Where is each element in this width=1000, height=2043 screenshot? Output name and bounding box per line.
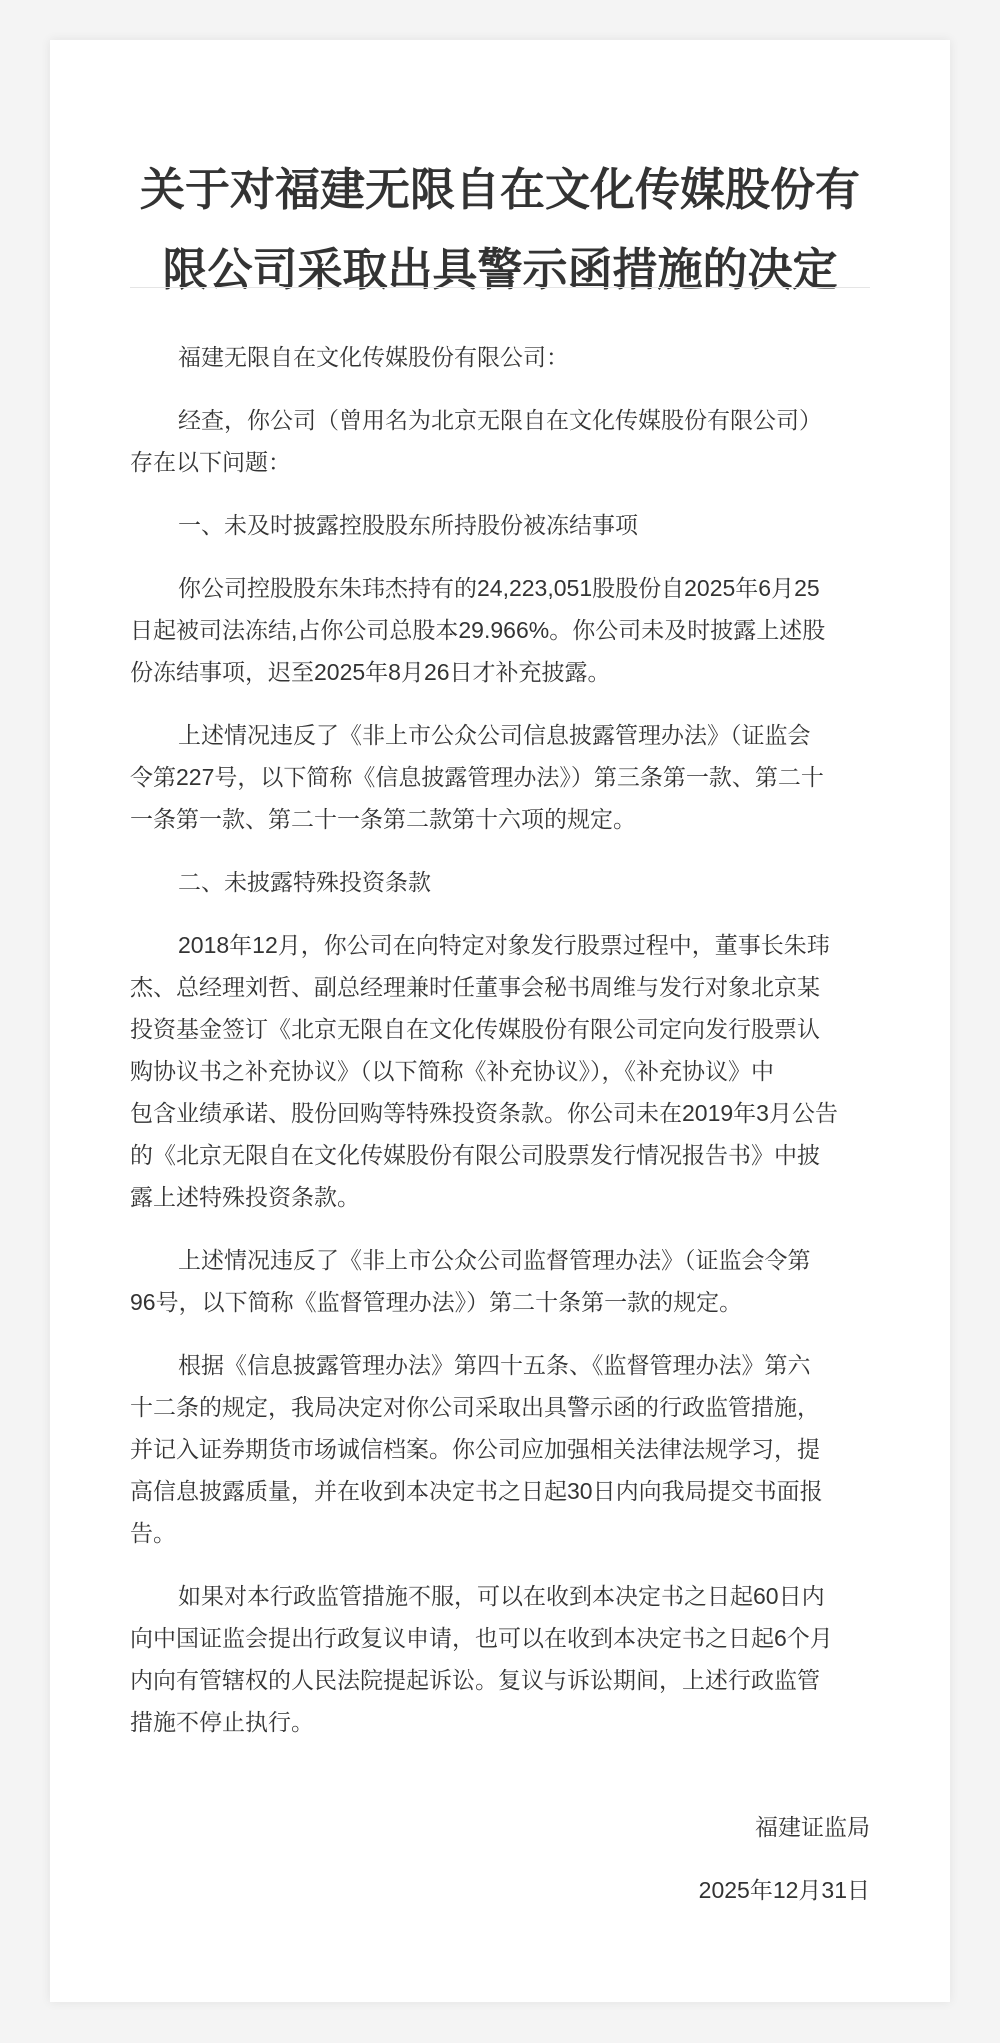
text-line: 露上述特殊投资条款。 <box>130 1176 870 1218</box>
text-line: 内向有管辖权的人民法院提起诉讼。复议与诉讼期间，上述行政监管 <box>130 1659 870 1701</box>
text-line: 一条第一款、第二十一条第二款第十六项的规定。 <box>130 798 870 840</box>
text-line: 96号，以下简称《监督管理办法》）第二十条第一款的规定。 <box>130 1281 870 1323</box>
document-title: 关于对福建无限自在文化传媒股份有 限公司采取出具警示函措施的决定 <box>130 150 870 310</box>
text-line: 高信息披露质量，并在收到本决定书之日起30日内向我局提交书面报 <box>130 1470 870 1512</box>
text-line: 日起被司法冻结,占你公司总股本29.966%。你公司未及时披露上述股 <box>130 609 870 651</box>
salutation-paragraph: 福建无限自在文化传媒股份有限公司： <box>130 336 870 378</box>
issue-date: 2025年12月31日 <box>699 1869 870 1911</box>
text-line: 包含业绩承诺、股份回购等特殊投资条款。你公司未在2019年3月公告 <box>130 1092 870 1134</box>
text-line: 的《北京无限自在文化传媒股份有限公司股票发行情况报告书》中披 <box>130 1134 870 1176</box>
text-line: 购协议书之补充协议》（以下简称《补充协议》），《补充协议》中 <box>130 1050 870 1092</box>
text-line: 上述情况违反了《非上市公众公司信息披露管理办法》（证监会 <box>130 714 870 756</box>
title-divider <box>130 287 870 288</box>
section-heading-2: 二、未披露特殊投资条款 <box>130 861 870 903</box>
body-paragraph: 上述情况违反了《非上市公众公司监督管理办法》（证监会令第 96号，以下简称《监督… <box>130 1239 870 1323</box>
body-paragraph: 你公司控股股东朱玮杰持有的24,223,051股股份自2025年6月25 日起被… <box>130 567 870 693</box>
text-line: 告。 <box>130 1512 870 1554</box>
decision-paragraph: 根据《信息披露管理办法》第四十五条、《监督管理办法》第六 十二条的规定，我局决定… <box>130 1344 870 1554</box>
text-line: 杰、总经理刘哲、副总经理兼时任董事会秘书周维与发行对象北京某 <box>130 966 870 1008</box>
text-line: 措施不停止执行。 <box>130 1701 870 1743</box>
issuer-signature: 福建证监局 <box>755 1806 870 1848</box>
text-line: 投资基金签订《北京无限自在文化传媒股份有限公司定向发行股票认 <box>130 1008 870 1050</box>
text-line: 2018年12月，你公司在向特定对象发行股票过程中，董事长朱玮 <box>130 924 870 966</box>
text-line: 存在以下问题： <box>130 441 870 483</box>
text-line: 二、未披露特殊投资条款 <box>130 861 870 903</box>
intro-paragraph: 经查，你公司（曾用名为北京无限自在文化传媒股份有限公司） 存在以下问题： <box>130 399 870 483</box>
text-line: 福建无限自在文化传媒股份有限公司： <box>130 336 870 378</box>
text-line: 上述情况违反了《非上市公众公司监督管理办法》（证监会令第 <box>130 1239 870 1281</box>
document-body: 福建无限自在文化传媒股份有限公司： 经查，你公司（曾用名为北京无限自在文化传媒股… <box>130 336 870 1764</box>
text-line: 令第227号，以下简称《信息披露管理办法》）第三条第一款、第二十 <box>130 756 870 798</box>
section-heading-1: 一、未及时披露控股股东所持股份被冻结事项 <box>130 504 870 546</box>
text-line: 根据《信息披露管理办法》第四十五条、《监督管理办法》第六 <box>130 1344 870 1386</box>
text-line: 向中国证监会提出行政复议申请，也可以在收到本决定书之日起6个月 <box>130 1617 870 1659</box>
title-line: 关于对福建无限自在文化传媒股份有 <box>130 150 870 230</box>
text-line: 份冻结事项，迟至2025年8月26日才补充披露。 <box>130 651 870 693</box>
text-line: 如果对本行政监管措施不服，可以在收到本决定书之日起60日内 <box>130 1575 870 1617</box>
text-line: 并记入证券期货市场诚信档案。你公司应加强相关法律法规学习，提 <box>130 1428 870 1470</box>
document-card: 关于对福建无限自在文化传媒股份有 限公司采取出具警示函措施的决定 福建无限自在文… <box>50 40 950 2002</box>
body-paragraph: 上述情况违反了《非上市公众公司信息披露管理办法》（证监会 令第227号，以下简称… <box>130 714 870 840</box>
text-line: 你公司控股股东朱玮杰持有的24,223,051股股份自2025年6月25 <box>130 567 870 609</box>
text-line: 一、未及时披露控股股东所持股份被冻结事项 <box>130 504 870 546</box>
appeal-paragraph: 如果对本行政监管措施不服，可以在收到本决定书之日起60日内 向中国证监会提出行政… <box>130 1575 870 1743</box>
title-line: 限公司采取出具警示函措施的决定 <box>130 230 870 310</box>
text-line: 经查，你公司（曾用名为北京无限自在文化传媒股份有限公司） <box>130 399 870 441</box>
text-line: 十二条的规定，我局决定对你公司采取出具警示函的行政监管措施， <box>130 1386 870 1428</box>
body-paragraph: 2018年12月，你公司在向特定对象发行股票过程中，董事长朱玮 杰、总经理刘哲、… <box>130 924 870 1218</box>
